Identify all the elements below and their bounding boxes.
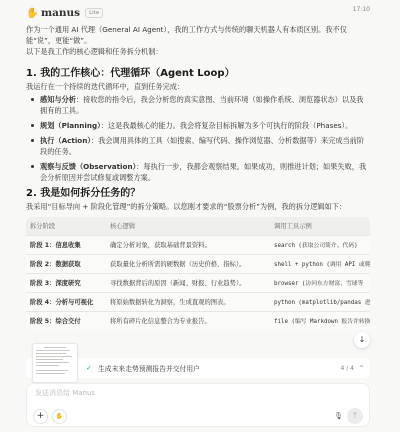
- logic-cell: 获取量化分析所需的硬数据（历史价格、指标）。: [106, 254, 270, 273]
- brand-name: manus: [41, 7, 80, 19]
- list-item: 观察与反馈（Observation）：每执行一步，我都会观察结果。如果成功，则推…: [26, 161, 370, 183]
- item-term: 观察与反馈（Observation）: [40, 162, 136, 171]
- task-count: 4 / 4: [341, 365, 354, 372]
- table-header-row: 拆分阶段 核心逻辑 调用工具示例: [26, 217, 370, 235]
- section2-title: 2. 我是如何拆分任务的？: [26, 187, 370, 201]
- scroll-to-bottom-button[interactable]: ↓: [354, 332, 370, 348]
- section2-desc: 我采用“目标导向 + 阶段化管理”的拆分策略。以您刚才要求的“股票分析”为例，我…: [26, 201, 370, 212]
- stage-cell: 阶段 5：综合交付: [26, 311, 106, 330]
- plan-badge: Lite: [85, 8, 103, 18]
- stage-cell: 阶段 3：深度研究: [26, 273, 106, 292]
- intro-text-2: 以下是我工作的核心逻辑和任务拆分机制：: [26, 46, 370, 57]
- item-term: 感知与分析: [40, 95, 76, 104]
- list-item: 执行（Action）：我会调用具体的工具（如搜索、编写代码、操作浏览器、分析数据…: [26, 135, 370, 157]
- item-text: ：这是我最核心的能力。我会将复杂目标拆解为多个可执行的阶段（Phases）。: [101, 121, 353, 130]
- tool-cell: file (编写 Markdown 报告并转换: [270, 311, 370, 330]
- check-icon: ✓: [86, 364, 92, 372]
- arrow-up-icon: ↑: [352, 411, 359, 420]
- column-header: 核心逻辑: [106, 217, 270, 235]
- manus-hand-icon: ✋: [56, 413, 63, 420]
- computer-preview-thumbnail[interactable]: [32, 343, 78, 383]
- message-input[interactable]: [35, 389, 335, 397]
- message-composer: + ✋ 🎙 ↑: [26, 383, 370, 427]
- table-row: 阶段 3：深度研究 寻找数据背后的原因（新闻、财报、行业趋势）。 browser…: [26, 273, 370, 292]
- table-row: 阶段 2：数据获取 获取量化分析所需的硬数据（历史价格、指标）。 shell +…: [26, 254, 370, 273]
- column-header: 调用工具示例: [270, 217, 370, 235]
- assistant-message: ✋ manus Lite 17:10 作为一个通用 AI 代理（General …: [26, 0, 370, 330]
- stage-cell: 阶段 2：数据获取: [26, 254, 106, 273]
- list-item: 规划（Planning）：这是我最核心的能力。我会将复杂目标拆解为多个可执行的阶…: [26, 120, 370, 131]
- section1-title: 1. 我的工作核心：代理循环（Agent Loop）: [26, 67, 370, 81]
- column-header: 拆分阶段: [26, 217, 106, 235]
- logic-cell: 寻找数据背后的原因（新闻、财报、行业趋势）。: [106, 273, 270, 292]
- current-task-label: 生成未来走势预测报告并交付用户: [98, 363, 200, 373]
- message-header: ✋ manus Lite 17:10: [26, 2, 370, 24]
- table-row: 阶段 1：信息收集 确定分析对象，获取基础背景资料。 search (获取公司简…: [26, 235, 370, 254]
- chevron-up-icon[interactable]: ^: [359, 365, 364, 372]
- intro-text: 作为一个通用 AI 代理（General AI Agent），我的工作方式与传统…: [26, 24, 370, 46]
- stage-cell: 阶段 1：信息收集: [26, 235, 106, 254]
- tool-cell: shell + python (调用 API 或爬虫: [270, 254, 370, 273]
- arrow-down-icon: ↓: [359, 335, 366, 344]
- agent-loop-list: 感知与分析：接收您的指令后，我会分析您的真实意图、当前环境（如操作系统、浏览器状…: [26, 94, 370, 183]
- list-item: 感知与分析：接收您的指令后，我会分析您的真实意图、当前环境（如操作系统、浏览器状…: [26, 94, 370, 116]
- manus-logo-icon: ✋: [26, 8, 37, 19]
- add-attachment-button[interactable]: +: [33, 409, 48, 424]
- tool-cell: python (matplotlib/pandas 进行数: [270, 292, 370, 311]
- item-term: 规划（Planning）: [40, 121, 101, 130]
- tool-cell: browser (访问东方财富、雪球等: [270, 273, 370, 292]
- item-term: 执行（Action）: [40, 136, 91, 145]
- tool-cell: search (获取公司简介、代码): [270, 235, 370, 254]
- stage-cell: 阶段 4：分析与可视化: [26, 292, 106, 311]
- plus-icon: +: [37, 411, 45, 421]
- task-breakdown-table: 拆分阶段 核心逻辑 调用工具示例 阶段 1：信息收集 确定分析对象，获取基础背景…: [26, 217, 370, 330]
- send-button[interactable]: ↑: [347, 408, 363, 424]
- agent-mode-button[interactable]: ✋: [52, 409, 67, 424]
- logic-cell: 将原始数据转化为洞察，生成直观的图表。: [106, 292, 270, 311]
- table-row: 阶段 5：综合交付 将所有碎片化信息整合为专业报告。 file (编写 Mark…: [26, 311, 370, 330]
- section1-desc: 我运行在一个持续的迭代循环中，直到任务完成：: [26, 81, 370, 92]
- logic-cell: 确定分析对象，获取基础背景资料。: [106, 235, 270, 254]
- table-row: 阶段 4：分析与可视化 将原始数据转化为洞察，生成直观的图表。 python (…: [26, 292, 370, 311]
- logic-cell: 将所有碎片化信息整合为专业报告。: [106, 311, 270, 330]
- item-text: ：接收您的指令后，我会分析您的真实意图、当前环境（如操作系统、浏览器状态）以及我…: [40, 95, 363, 115]
- microphone-icon[interactable]: 🎙: [334, 412, 343, 420]
- timestamp: 17:10: [353, 6, 370, 13]
